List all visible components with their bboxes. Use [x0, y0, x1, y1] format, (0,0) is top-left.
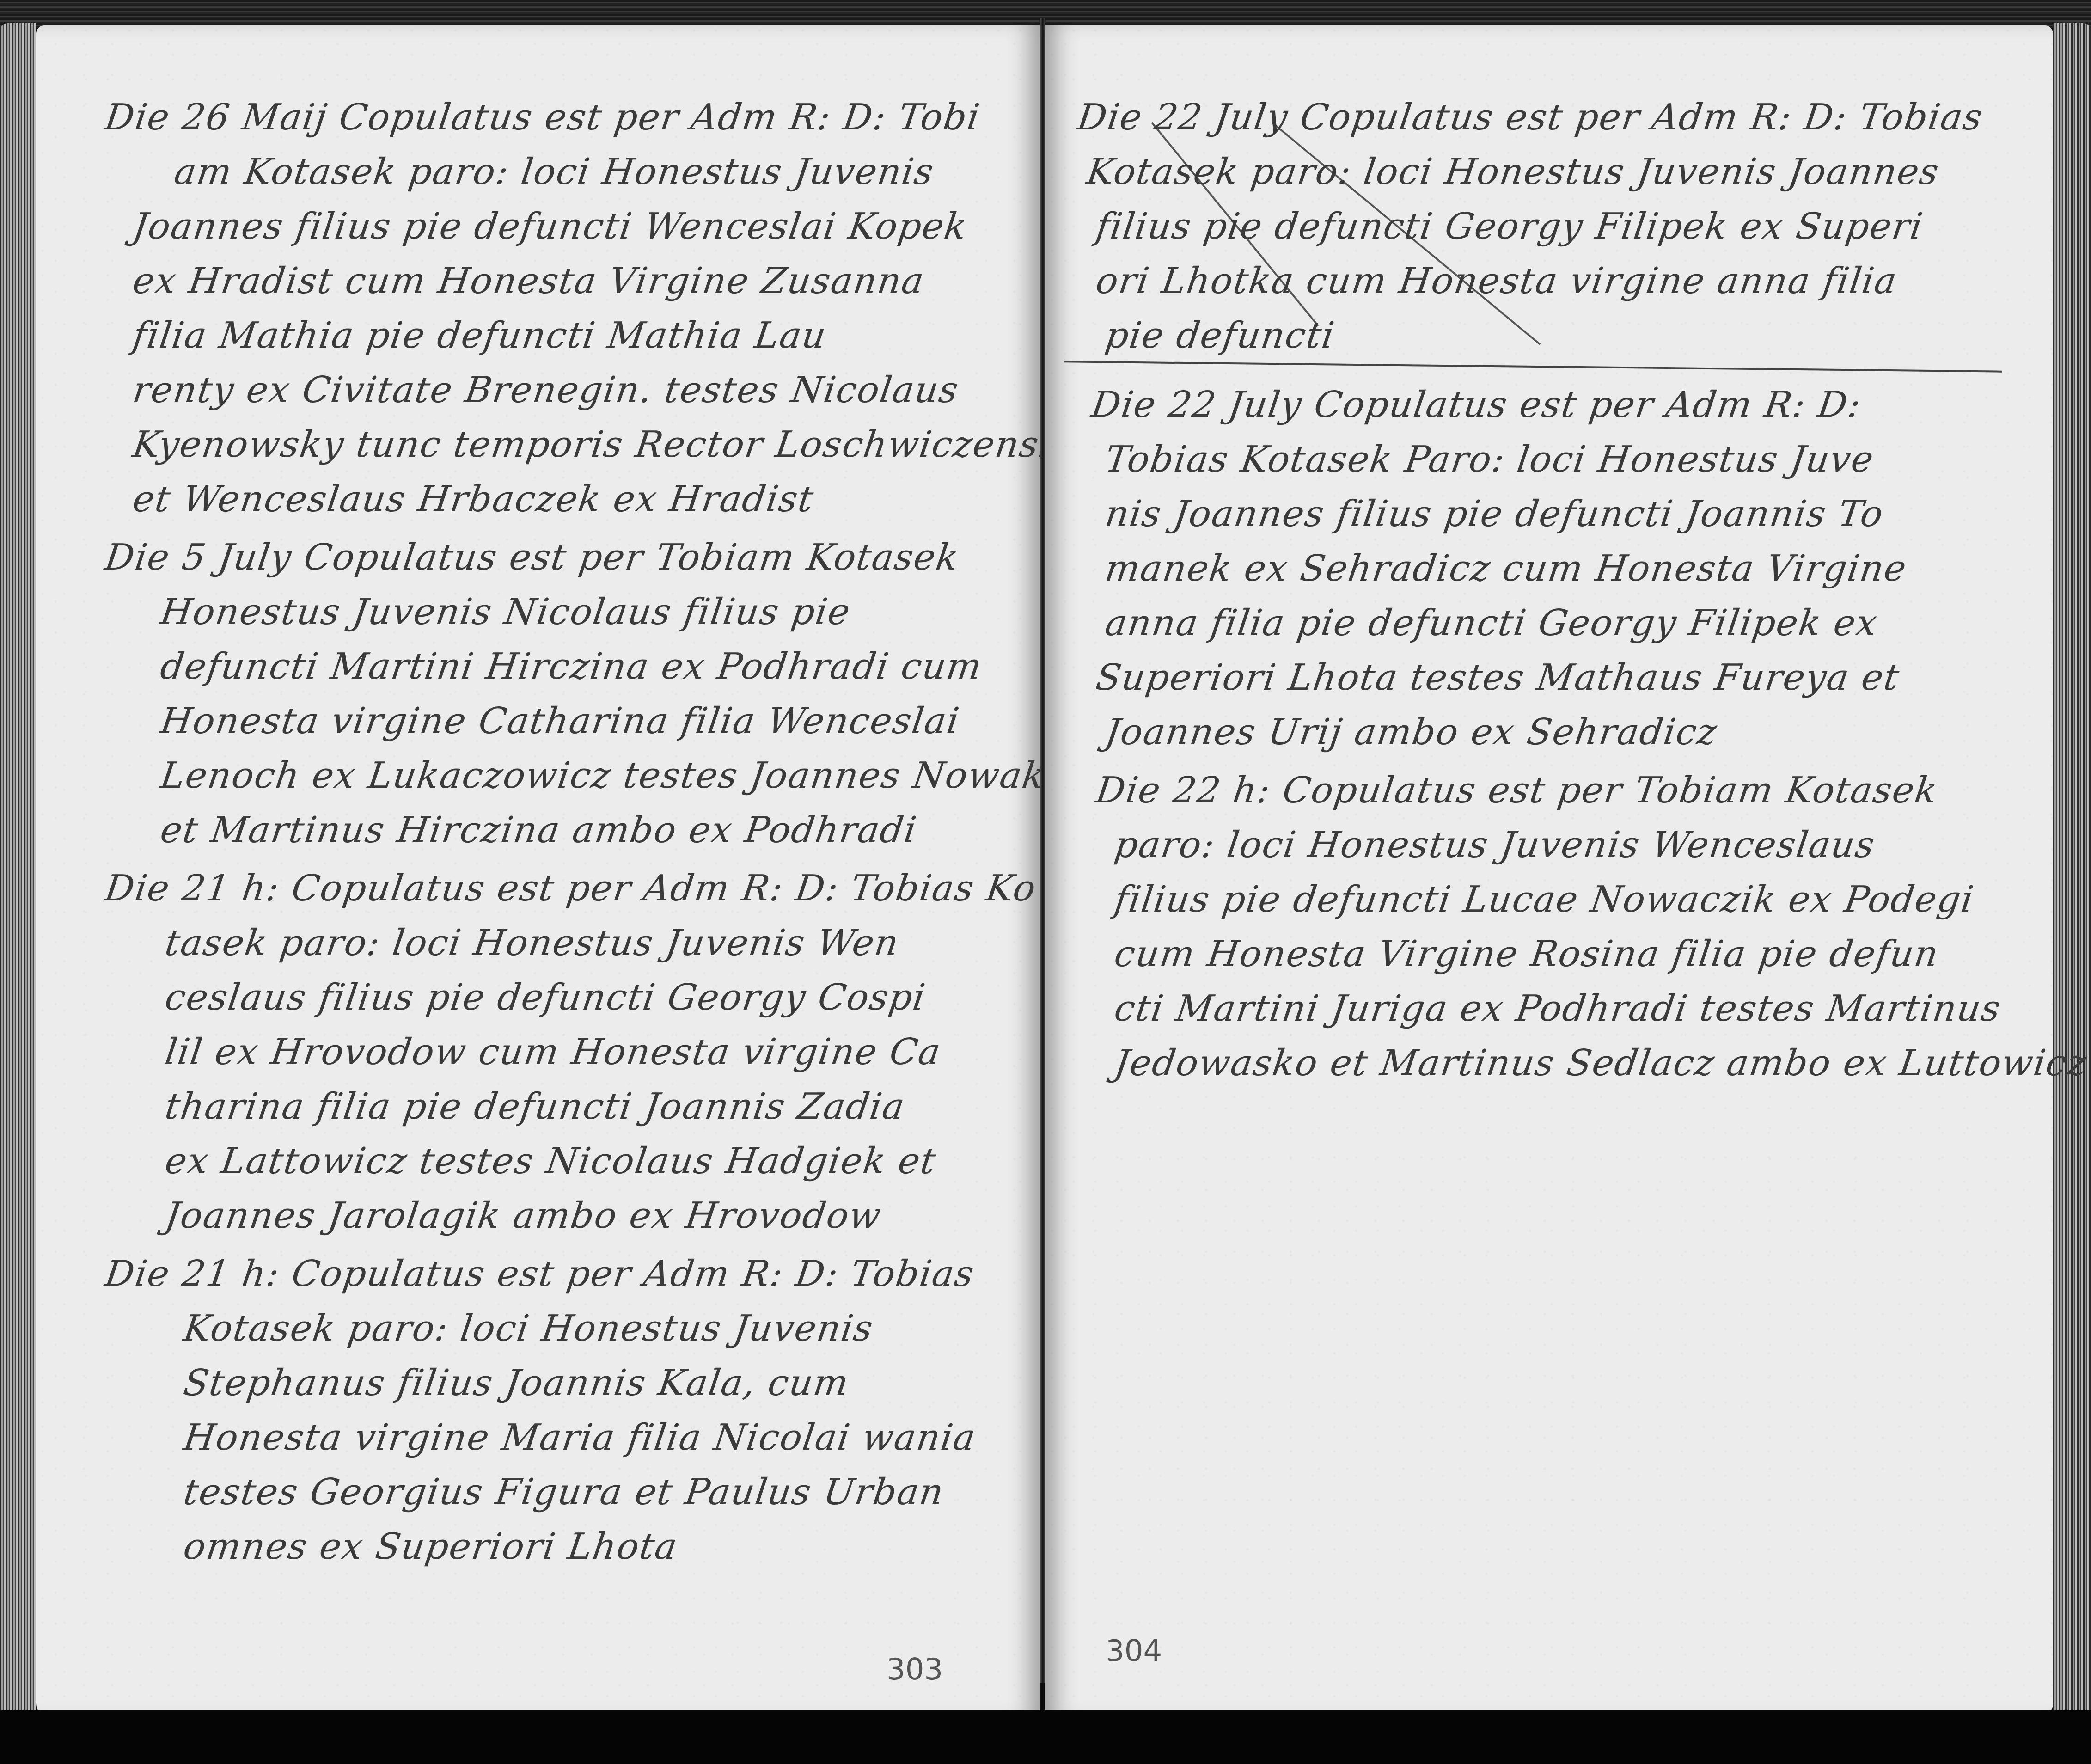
entry-line: Joannes filius pie defuncti Wenceslai Ko…	[102, 199, 1075, 254]
entry-line: Die 22 h: Copulatus est per Tobiam Kotas…	[1074, 763, 2091, 818]
entry-line: filius pie defuncti Lucae Nowaczik ex Po…	[1074, 872, 2091, 927]
entry-line: Die 21 h: Copulatus est per Adm R: D: To…	[102, 1247, 1075, 1301]
entry-line: am Kotasek paro: loci Honestus Juvenis	[102, 145, 1075, 199]
marriage-entry: Die 22 July Copulatus est per Adm R: D: …	[1078, 378, 2087, 759]
folio-number: 303	[887, 1653, 943, 1687]
folio-number: 304	[1106, 1634, 1162, 1668]
entry-line: filia Mathia pie defuncti Mathia Lau	[102, 308, 1075, 363]
entry-line: Lenoch ex Lukaczowicz testes Joannes Now…	[102, 748, 1075, 803]
entry-line: cti Martini Juriga ex Podhradi testes Ma…	[1074, 981, 2091, 1036]
entry-line: Die 21 h: Copulatus est per Adm R: D: To…	[102, 861, 1075, 916]
entry-line: Die 22 July Copulatus est per Adm R: D: …	[1074, 90, 2091, 145]
marriage-entry: Die 5 July Copulatus est per Tobiam Kota…	[105, 530, 1071, 857]
entry-line: Kotasek paro: loci Honestus Juvenis Joan…	[1074, 145, 2091, 199]
entry-line: Honestus Juvenis Nicolaus filius pie	[102, 585, 1075, 639]
entry-line: et Wenceslaus Hrbaczek ex Hradist	[102, 472, 1075, 527]
entry-line: manek ex Sehradicz cum Honesta Virgine	[1074, 541, 2091, 596]
crossed-out-entry: Die 22 July Copulatus est per Adm R: D: …	[1078, 90, 2087, 367]
entry-line: Tobias Kotasek Paro: loci Honestus Juve	[1074, 432, 2091, 487]
left-page-text: Die 26 Maij Copulatus est per Adm R: D: …	[105, 90, 1071, 1578]
entry-line: ceslaus filius pie defuncti Georgy Cospi	[102, 970, 1075, 1025]
entry-line: Superiori Lhota testes Mathaus Fureya et	[1074, 650, 2091, 705]
entry-line: Die 26 Maij Copulatus est per Adm R: D: …	[102, 90, 1075, 145]
left-page-edges	[0, 23, 36, 1724]
right-page-text: Die 22 July Copulatus est per Adm R: D: …	[1078, 90, 2087, 1094]
entry-line: filius pie defuncti Georgy Filipek ex Su…	[1074, 199, 2091, 254]
entry-line: Die 5 July Copulatus est per Tobiam Kota…	[102, 530, 1075, 585]
entry-line: paro: loci Honestus Juvenis Wenceslaus	[1074, 818, 2091, 872]
right-page: Die 22 July Copulatus est per Adm R: D: …	[1045, 25, 2053, 1717]
entry-line: ori Lhotka cum Honesta virgine anna fili…	[1074, 254, 2091, 308]
entry-line: omnes ex Superiori Lhota	[102, 1519, 1075, 1574]
book-top-edge	[0, 0, 2091, 28]
entry-line: Honesta virgine Maria filia Nicolai wani…	[102, 1410, 1075, 1465]
entry-line: renty ex Civitate Brenegin. testes Nicol…	[102, 363, 1075, 417]
marriage-entry: Die 22 h: Copulatus est per Tobiam Kotas…	[1078, 763, 2087, 1090]
entry-line: Honesta virgine Catharina filia Wencesla…	[102, 694, 1075, 748]
entry-line: Joannes Jarolagik ambo ex Hrovodow	[102, 1188, 1075, 1243]
book-spine	[1040, 18, 1045, 1683]
entry-line: defuncti Martini Hirczina ex Podhradi cu…	[102, 639, 1075, 694]
entry-line: Jedowasko et Martinus Sedlacz ambo ex Lu…	[1074, 1036, 2091, 1090]
entry-line: testes Georgius Figura et Paulus Urban	[102, 1465, 1075, 1519]
entry-line: anna filia pie defuncti Georgy Filipek e…	[1074, 596, 2091, 650]
marriage-entry: Die 21 h: Copulatus est per Adm R: D: To…	[105, 1247, 1071, 1574]
entry-line: pie defuncti	[1074, 308, 2091, 363]
entry-line: et Martinus Hirczina ambo ex Podhradi	[102, 803, 1075, 857]
entry-line: Die 22 July Copulatus est per Adm R: D:	[1074, 378, 2091, 432]
entry-line: Joannes Urij ambo ex Sehradicz	[1074, 705, 2091, 759]
entry-line: ex Hradist cum Honesta Virgine Zusanna	[102, 254, 1075, 308]
entry-line: nis Joannes filius pie defuncti Joannis …	[1074, 487, 2091, 541]
marriage-entry: Die 26 Maij Copulatus est per Adm R: D: …	[105, 90, 1071, 527]
entry-line: cum Honesta Virgine Rosina filia pie def…	[1074, 927, 2091, 981]
marriage-entry: Die 21 h: Copulatus est per Adm R: D: To…	[105, 861, 1071, 1243]
entry-line: ex Lattowicz testes Nicolaus Hadgiek et	[102, 1134, 1075, 1188]
book-bottom-shadow	[0, 1710, 2091, 1764]
left-page: Die 26 Maij Copulatus est per Adm R: D: …	[36, 25, 1040, 1717]
entry-line: tharina filia pie defuncti Joannis Zadia	[102, 1079, 1075, 1134]
entry-line: tasek paro: loci Honestus Juvenis Wen	[102, 916, 1075, 970]
entry-line: lil ex Hrovodow cum Honesta virgine Ca	[102, 1025, 1075, 1079]
entry-line: Stephanus filius Joannis Kala, cum	[102, 1356, 1075, 1410]
entry-line: Kotasek paro: loci Honestus Juvenis	[102, 1301, 1075, 1356]
entry-line: Kyenowsky tunc temporis Rector Loschwicz…	[102, 417, 1075, 472]
